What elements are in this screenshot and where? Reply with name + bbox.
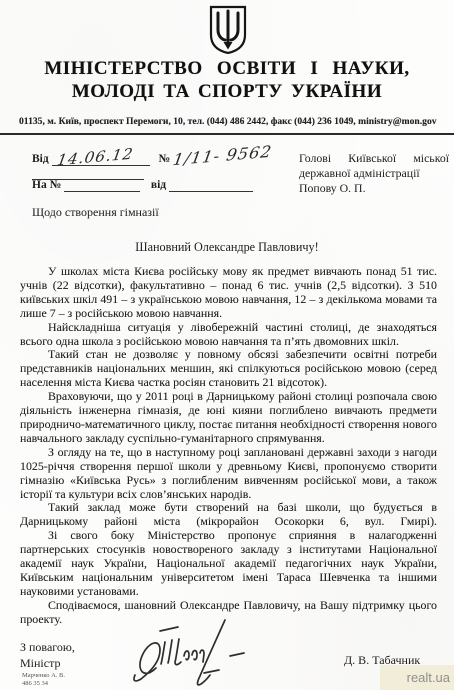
paragraph: З огляду на те, що в наступному році зап… <box>20 446 437 502</box>
paragraph: Зі свого боку Міністерство пропонує спри… <box>20 529 437 599</box>
reference-block: Від № 14.06.12 1/11- 9562 На № від <box>32 152 282 204</box>
ukraine-trident-emblem-icon <box>205 4 251 54</box>
subject-line: Щодо створення гімназії <box>32 205 159 220</box>
scanned-letter-page: МІНІСТЕРСТВО ОСВІТИ І НАУКИ, МОЛОДІ ТА С… <box>0 0 454 690</box>
addressee-block: Голові Київської міської державної адмін… <box>299 151 449 196</box>
reference-row-incoming: На № від <box>32 178 282 204</box>
salutation: Шановний Олександре Павловичу! <box>0 240 454 255</box>
addressee-line1: Голові Київської міської <box>299 151 449 166</box>
reference-row-outgoing: Від № 14.06.12 1/11- 9562 <box>32 152 282 178</box>
paragraph: Такий заклад може бути створений на базі… <box>20 501 437 529</box>
executor-name: Марченко А. В. <box>22 672 65 680</box>
reply-date-line <box>169 178 253 192</box>
paragraph: Такий стан не дозволяє у повному обсязі … <box>20 348 437 390</box>
paragraph: Враховуючи, що у 2011 році в Дарницькому… <box>20 390 437 446</box>
letterhead-address: 01135, м. Київ, проспект Перемоги, 10, т… <box>19 116 454 127</box>
paragraph: Найскладніша ситуація у лівобережній час… <box>20 321 437 349</box>
ministry-title-line1: МІНІСТЕРСТВО ОСВІТИ І НАУКИ, <box>0 57 454 80</box>
addressee-line2: державної адміністрації <box>299 166 449 181</box>
closing-minister: Міністр <box>20 656 60 671</box>
number-label: № <box>158 153 170 166</box>
executor-phone: 486 35 34 <box>22 680 65 688</box>
realt-watermark: realt.ua <box>380 665 454 690</box>
reply-label: На № <box>32 179 61 192</box>
letterhead-divider <box>0 133 454 135</box>
handwritten-number: 1/11- 9562 <box>172 142 274 169</box>
reply-number-line <box>64 178 140 192</box>
minister-signature-icon <box>126 614 298 690</box>
executor-note: Марченко А. В. 486 35 34 <box>22 672 65 688</box>
paragraph: У школах міста Києва російську мову як п… <box>20 265 437 321</box>
reply-from-label: від <box>151 179 166 192</box>
ministry-title-line2: МОЛОДІ ТА СПОРТУ УКРАЇНИ <box>0 80 454 103</box>
addressee-line3: Попову О. П. <box>299 181 449 196</box>
closing-respectfully: З повагою, <box>20 640 75 655</box>
from-label: Від <box>32 153 49 166</box>
letter-body: У школах міста Києва російську мову як п… <box>20 265 437 627</box>
ministry-title: МІНІСТЕРСТВО ОСВІТИ І НАУКИ, МОЛОДІ ТА С… <box>0 57 454 103</box>
